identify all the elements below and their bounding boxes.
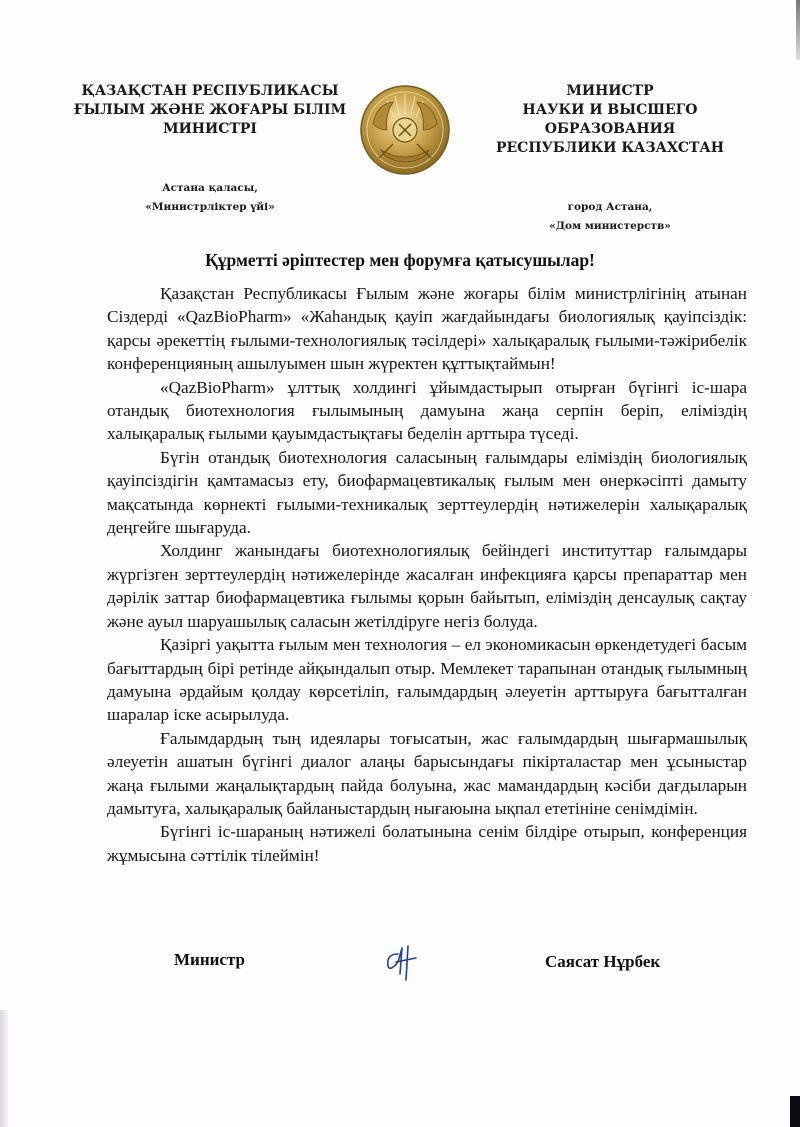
letterhead-line: НАУКИ И ВЫСШЕГО ОБРАЗОВАНИЯ	[460, 101, 760, 139]
body-paragraph: Бүгін отандық биотехнология саласының ға…	[107, 446, 747, 540]
body-paragraph: Холдинг жанындағы биотехнологиялық бейін…	[107, 539, 747, 633]
letterhead-address: город Астана, «Дом министерств»	[460, 198, 760, 236]
letter-body: Қазақстан Республикасы Ғылым және жоғары…	[107, 282, 747, 867]
page-edge-shadow-top	[796, 0, 800, 60]
signatory-title: Министр	[174, 950, 245, 970]
letterhead-line: ҚАЗАҚСТАН РЕСПУБЛИКАСЫ	[60, 82, 360, 101]
letter-page: ҚАЗАҚСТАН РЕСПУБЛИКАСЫ ҒЫЛЫМ ЖӘНЕ ЖОҒАРЫ…	[0, 0, 800, 1127]
address-line: «Министрліктер үйі»	[60, 198, 360, 217]
letterhead-line: РЕСПУБЛИКИ КАЗАХСТАН	[460, 139, 760, 158]
body-paragraph: Ғалымдардың тың идеялары тоғысатын, жас …	[107, 727, 747, 821]
page-edge-shadow	[0, 1010, 8, 1127]
letterhead-line: МИНИСТР	[460, 82, 760, 101]
address-line: Астана қаласы,	[60, 179, 360, 198]
handwritten-signature-icon	[380, 940, 424, 984]
letterhead-line: ҒЫЛЫМ ЖӘНЕ ЖОҒАРЫ БІЛІМ	[60, 101, 360, 120]
letterhead-kazakh: ҚАЗАҚСТАН РЕСПУБЛИКАСЫ ҒЫЛЫМ ЖӘНЕ ЖОҒАРЫ…	[60, 82, 360, 217]
body-paragraph: Бүгінгі іс-шараның нәтижелі болатынына с…	[107, 820, 747, 867]
address-line: город Астана,	[460, 198, 760, 217]
state-emblem-icon	[359, 84, 451, 176]
scan-background-corner	[790, 1096, 800, 1127]
letterhead-address: Астана қаласы, «Министрліктер үйі»	[60, 179, 360, 217]
letterhead-russian: МИНИСТР НАУКИ И ВЫСШЕГО ОБРАЗОВАНИЯ РЕСП…	[460, 82, 760, 236]
body-paragraph: «QazBioPharm» ұлттық холдингі ұйымдастыр…	[107, 376, 747, 446]
body-paragraph: Қазақстан Республикасы Ғылым және жоғары…	[107, 282, 747, 376]
body-paragraph: Қазіргі уақытта ғылым мен технология – е…	[107, 633, 747, 727]
signature-block: Министр Саясат Нұрбек	[0, 948, 800, 988]
signatory-name: Саясат Нұрбек	[545, 952, 660, 972]
letter-salutation: Құрметті әріптестер мен форумға қатысушы…	[0, 250, 800, 271]
address-line: «Дом министерств»	[460, 217, 760, 236]
letterhead-line: МИНИСТРІ	[60, 120, 360, 139]
